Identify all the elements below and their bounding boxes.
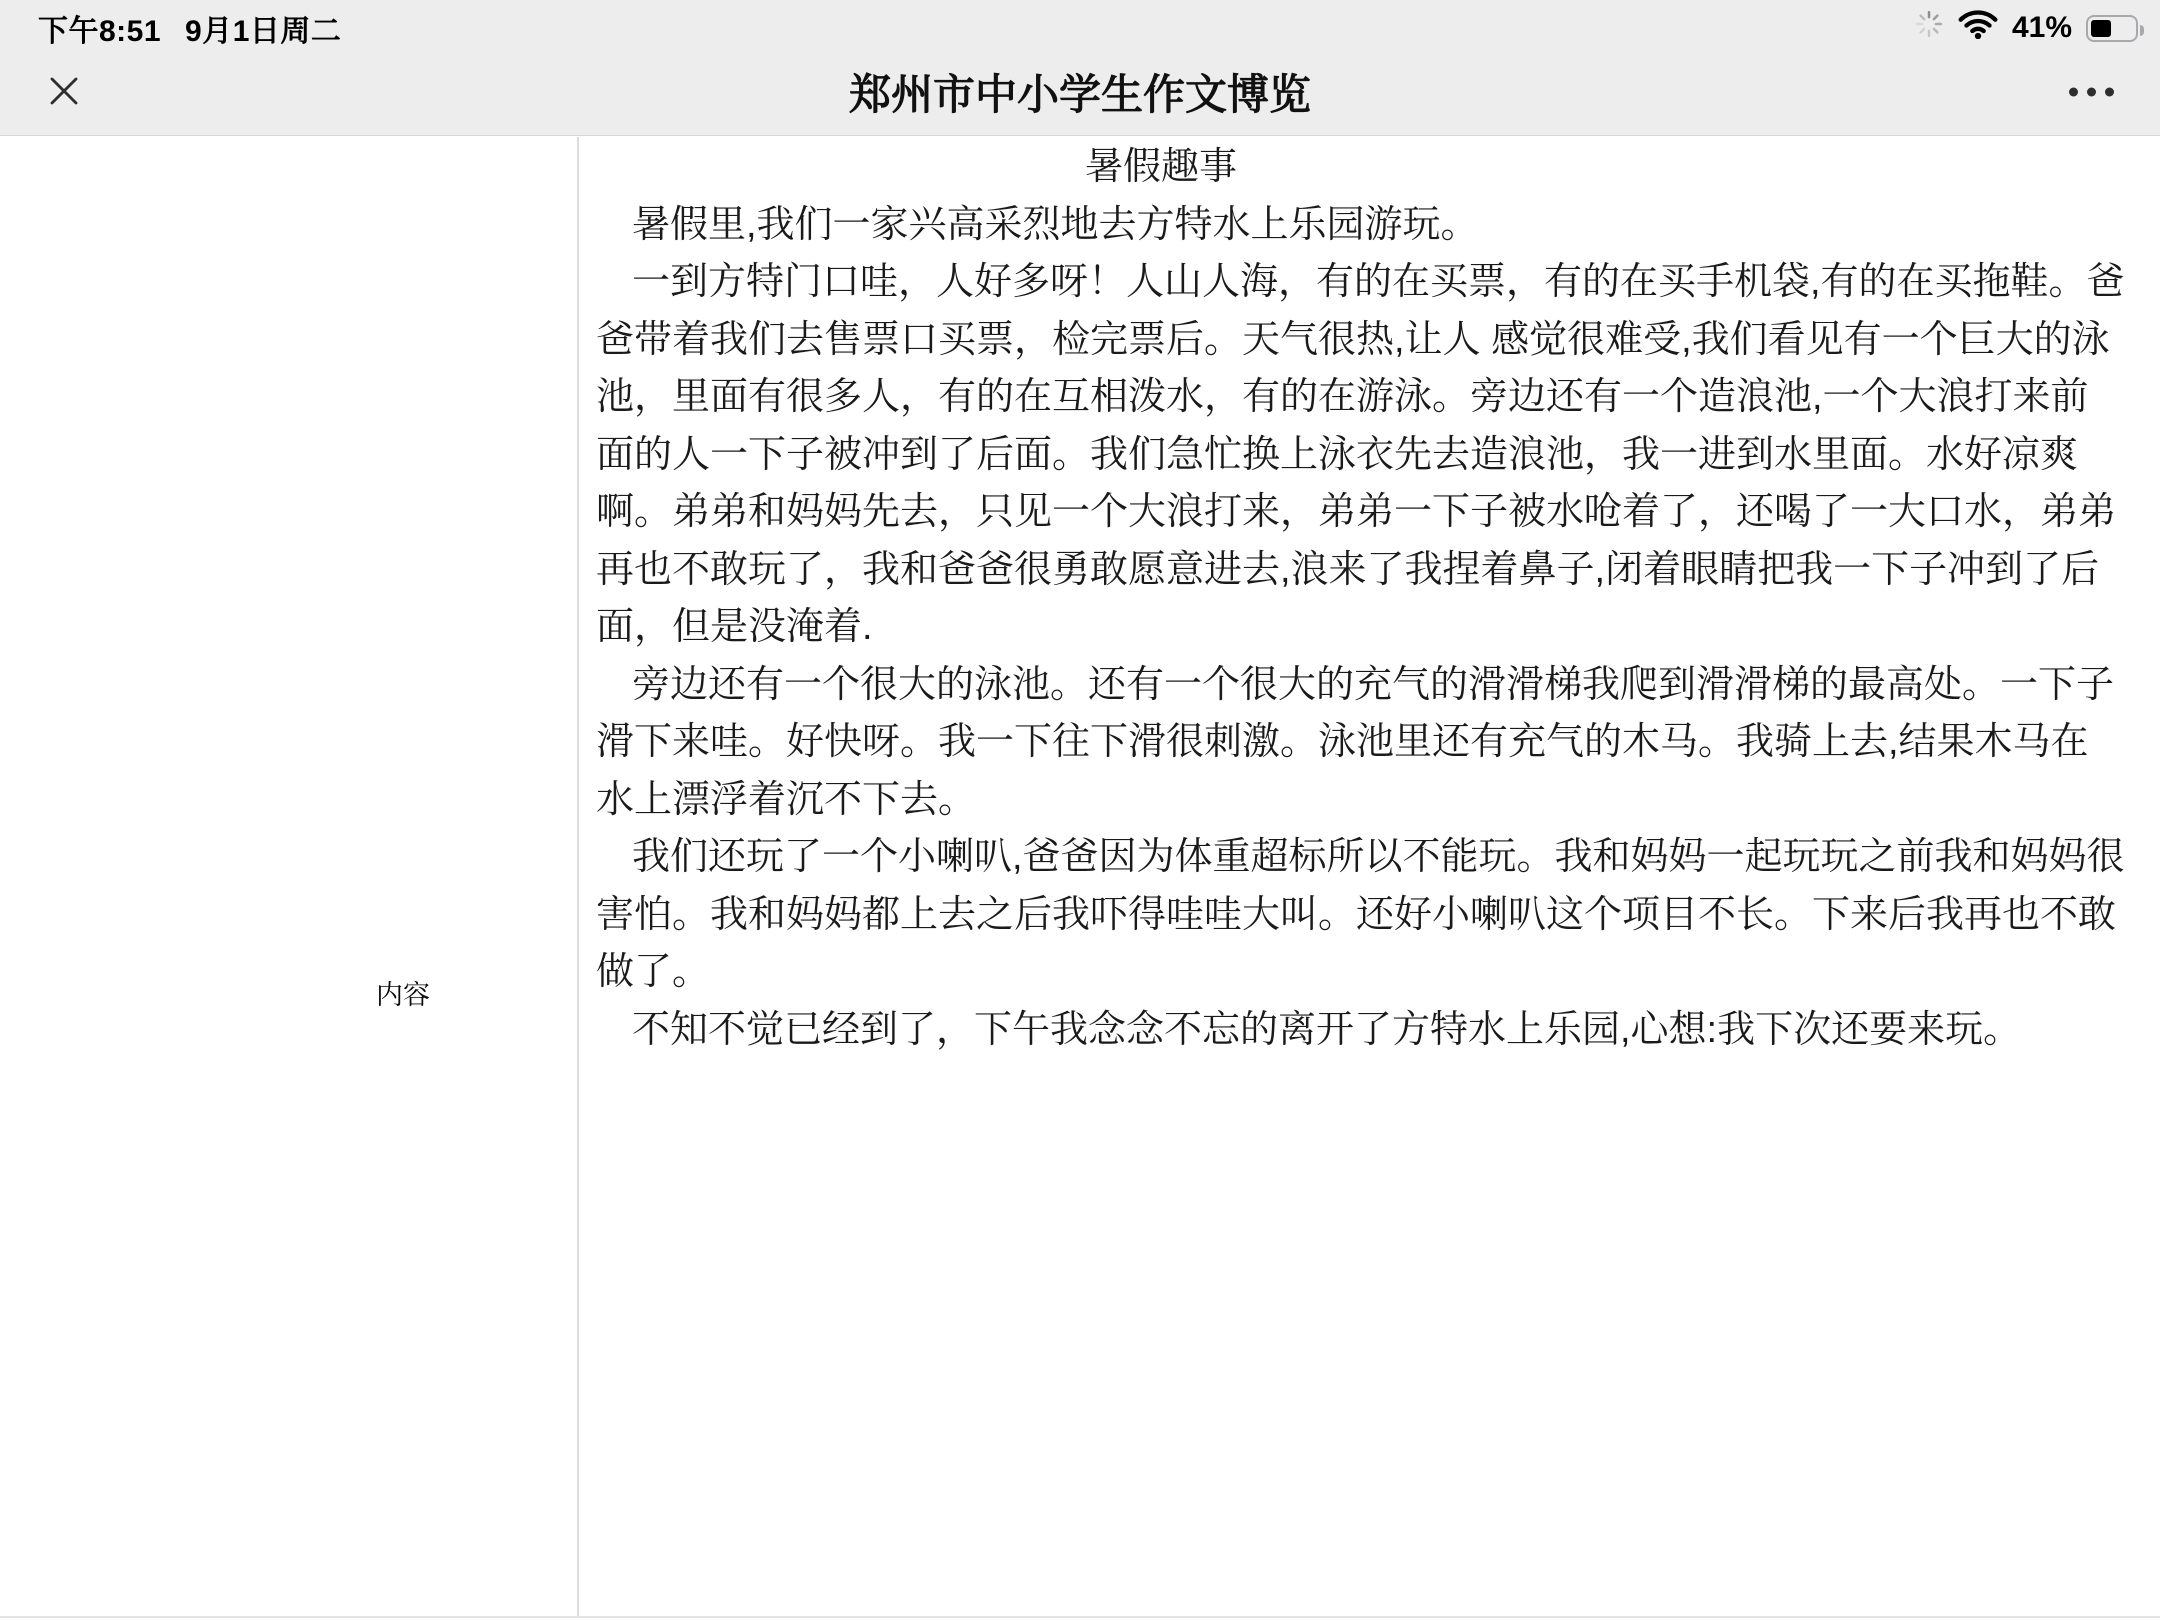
more-button[interactable] [2069, 78, 2114, 107]
status-left: 下午8:51 9月1日周二 [38, 6, 341, 50]
essay-paragraph: 暑假里,我们一家兴高采烈地去方特水上乐园游玩。 [596, 197, 2126, 255]
sync-spinner-icon [1914, 9, 1944, 47]
wifi-icon [1958, 9, 1998, 47]
essay-paragraph: 不知不觉已经到了，下午我念念不忘的离开了方特水上乐园,心想:我下次还要来玩。 [596, 1002, 2126, 1060]
close-icon [46, 73, 82, 112]
essay-paragraph: 旁边还有一个很大的泳池。还有一个很大的充气的滑滑梯我爬到滑滑梯的最高处。一下子滑… [596, 657, 2126, 830]
battery-icon [2086, 15, 2138, 42]
label-divider [577, 137, 579, 1616]
status-time: 下午8:51 [38, 6, 161, 50]
essay-paragraph: 一到方特门口哇，人好多呀！人山人海，有的在买票，有的在买手机袋,有的在买拖鞋。爸… [596, 254, 2126, 657]
essay-text: 暑假趣事 暑假里,我们一家兴高采烈地去方特水上乐园游玩。 一到方特门口哇，人好多… [596, 139, 2126, 1059]
more-ellipsis-icon [2069, 88, 2114, 97]
status-date: 9月1日周二 [185, 6, 341, 50]
battery-fill [2091, 20, 2111, 37]
battery-cap [2140, 25, 2144, 36]
essay-title: 暑假趣事 [596, 139, 1726, 197]
essay-paragraph: 我们还玩了一个小喇叭,爸爸因为体重超标所以不能玩。我和妈妈一起玩玩之前我和妈妈很… [596, 829, 2126, 1002]
close-button[interactable] [44, 72, 84, 112]
battery-percent: 41% [2012, 11, 2072, 45]
top-chrome: 下午8:51 9月1日周二 [0, 0, 2160, 136]
page-title: 郑州市中小学生作文博览 [849, 62, 1311, 122]
content-field-label: 内容 [0, 973, 430, 1012]
screen: 下午8:51 9月1日周二 [0, 0, 2160, 1620]
status-bar: 下午8:51 9月1日周二 [0, 0, 2160, 48]
nav-bar: 郑州市中小学生作文博览 [0, 48, 2160, 136]
status-right: 41% [1914, 9, 2144, 47]
content-row: 内容 暑假趣事 暑假里,我们一家兴高采烈地去方特水上乐园游玩。 一到方特门口哇，… [0, 137, 2160, 1618]
